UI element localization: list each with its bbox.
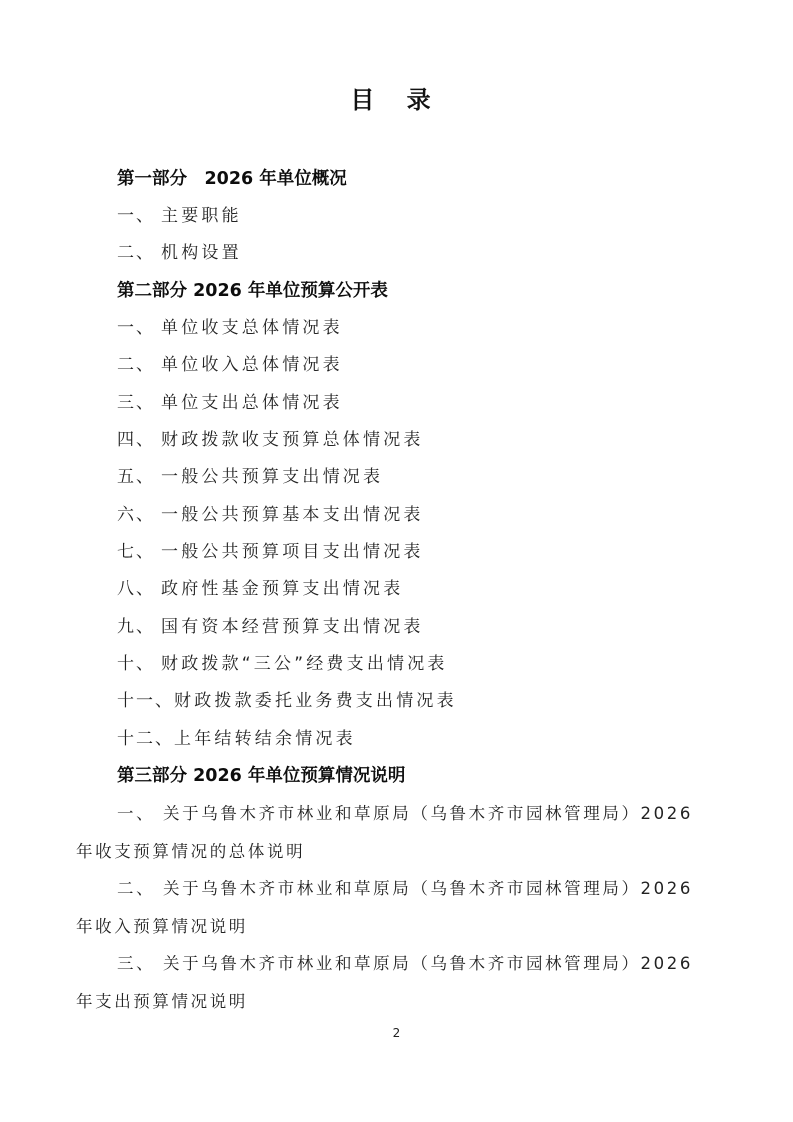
toc-item[interactable]: 一、单位收支总体情况表 [117, 317, 343, 339]
item-text: 国有资本经营预算支出情况表 [161, 617, 424, 637]
item-number: 二、 [117, 354, 161, 376]
item-text: 单位收支总体情况表 [161, 318, 343, 338]
toc-item[interactable]: 四、财政拨款收支预算总体情况表 [117, 429, 424, 451]
toc-item[interactable]: 一、主要职能 [117, 205, 242, 227]
item-number: 六、 [117, 504, 161, 526]
item-text: 单位收入总体情况表 [161, 355, 343, 375]
part-2-heading[interactable]: 第二部分 2026 年单位预算公开表 [117, 280, 388, 302]
toc-item[interactable]: 十、财政拨款“三公”经费支出情况表 [117, 653, 448, 675]
toc-item[interactable]: 六、一般公共预算基本支出情况表 [117, 504, 424, 526]
item-number: 十、 [117, 653, 161, 675]
item-number: 二、 [117, 242, 161, 264]
toc-item[interactable]: 三、单位支出总体情况表 [117, 392, 343, 414]
item-number: 一、 [117, 205, 161, 227]
item-number: 三、 [117, 392, 161, 414]
item-number: 九、 [117, 616, 161, 638]
item-number: 八、 [117, 578, 161, 600]
item-text: 主要职能 [161, 206, 242, 226]
toc-item[interactable]: 十一、财政拨款委托业务费支出情况表 [117, 690, 457, 712]
toc-item[interactable]: 二、机构设置 [117, 242, 242, 264]
item-text: 财政拨款委托业务费支出情况表 [174, 691, 457, 711]
part-3-heading[interactable]: 第三部分 2026 年单位预算情况说明 [117, 765, 405, 787]
item-text: 一般公共预算基本支出情况表 [161, 505, 424, 525]
page-number: 2 [0, 1026, 793, 1040]
toc-item[interactable]: 十二、上年结转结余情况表 [117, 728, 356, 750]
toc-item[interactable]: 五、一般公共预算支出情况表 [117, 466, 383, 488]
toc-item-paragraph[interactable]: 三、 关于乌鲁木齐市林业和草原局（乌鲁木齐市园林管理局）2026 年支出预算情况… [76, 945, 718, 1020]
toc-title: 目 录 [0, 80, 793, 115]
item-number: 四、 [117, 429, 161, 451]
item-text: 财政拨款“三公”经费支出情况表 [161, 654, 448, 674]
toc-item-paragraph[interactable]: 二、 关于乌鲁木齐市林业和草原局（乌鲁木齐市园林管理局）2026 年收入预算情况… [76, 870, 718, 945]
item-text: 一般公共预算项目支出情况表 [161, 542, 424, 562]
part-1-heading[interactable]: 第一部分 2026 年单位概况 [117, 168, 347, 190]
toc-item-paragraph[interactable]: 一、 关于乌鲁木齐市林业和草原局（乌鲁木齐市园林管理局）2026 年收支预算情况… [76, 795, 718, 870]
item-number: 十二、 [117, 728, 174, 750]
item-text: 单位支出总体情况表 [161, 393, 343, 413]
item-number: 一、 [117, 317, 161, 339]
item-text: 政府性基金预算支出情况表 [161, 579, 403, 599]
item-text: 上年结转结余情况表 [174, 729, 356, 749]
item-number: 七、 [117, 541, 161, 563]
toc-item[interactable]: 九、国有资本经营预算支出情况表 [117, 616, 424, 638]
item-text: 机构设置 [161, 243, 242, 263]
toc-item[interactable]: 八、政府性基金预算支出情况表 [117, 578, 403, 600]
item-number: 五、 [117, 466, 161, 488]
item-number: 十一、 [117, 690, 174, 712]
toc-item[interactable]: 七、一般公共预算项目支出情况表 [117, 541, 424, 563]
toc-item[interactable]: 二、单位收入总体情况表 [117, 354, 343, 376]
item-text: 财政拨款收支预算总体情况表 [161, 430, 424, 450]
document-page: 目 录 第一部分 2026 年单位概况 一、主要职能 二、机构设置 第二部分 2… [0, 0, 793, 1122]
item-text: 一般公共预算支出情况表 [161, 467, 383, 487]
